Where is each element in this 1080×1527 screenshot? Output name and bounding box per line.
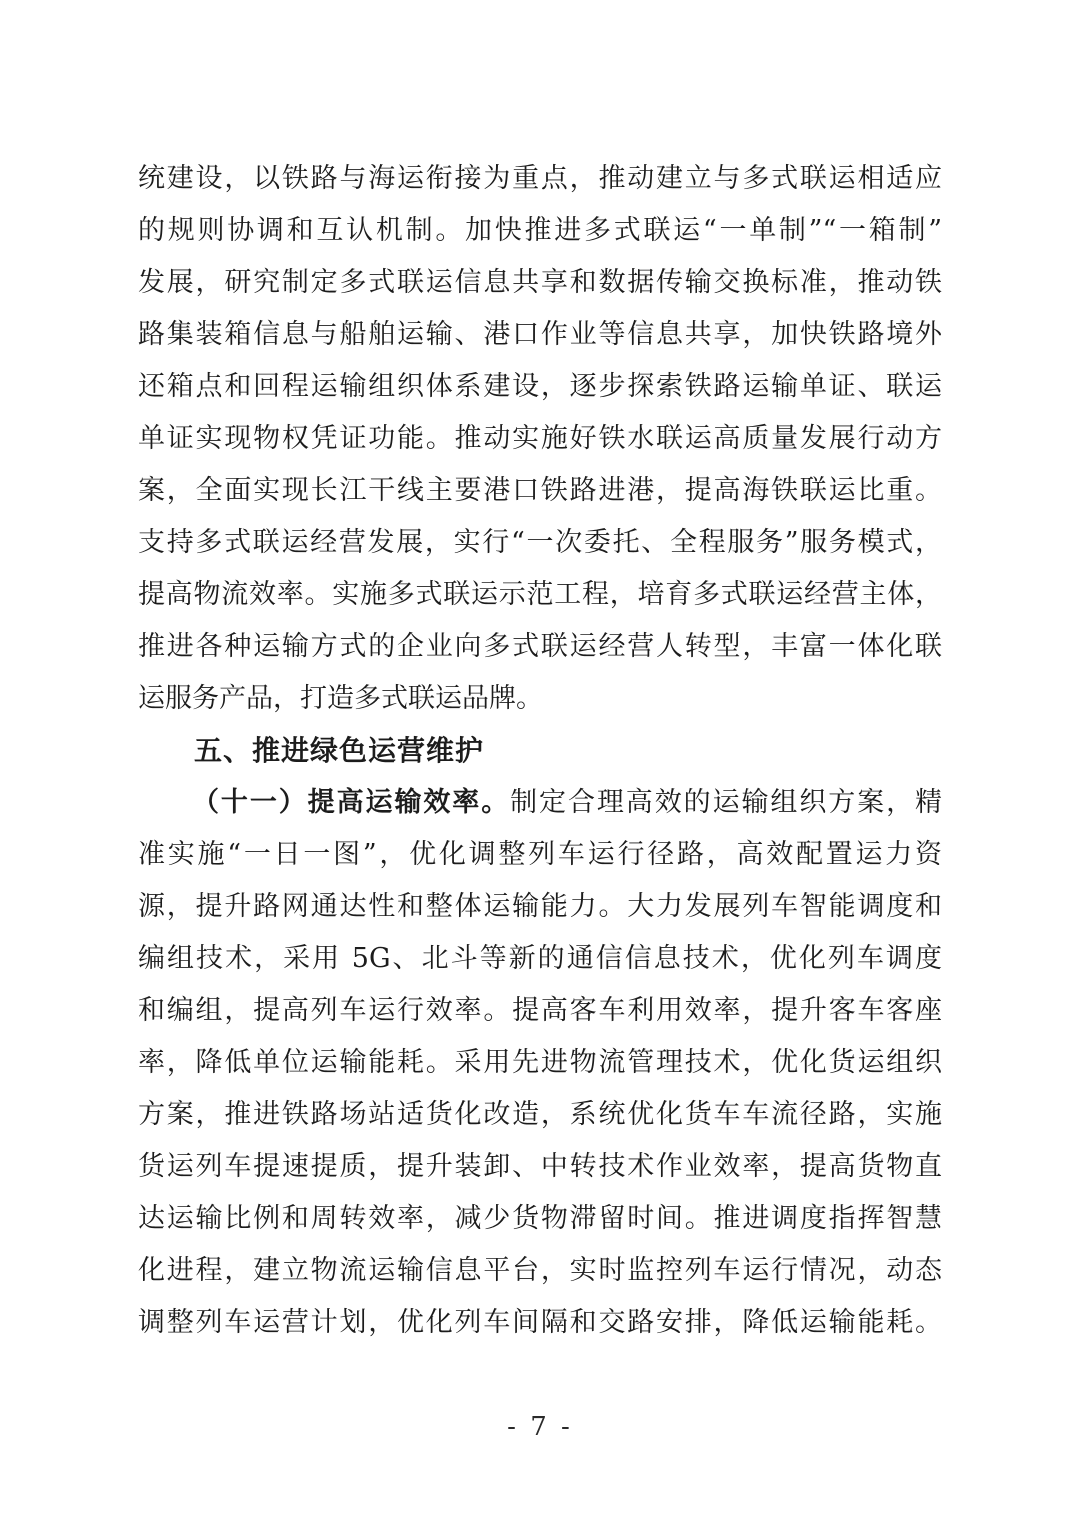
text-line: 达运输比例和周转效率，减少货物滞留时间。推进调度指挥智慧 bbox=[138, 1193, 942, 1245]
text-line: 化进程，建立物流运输信息平台，实时监控列车运行情况，动态 bbox=[138, 1245, 942, 1297]
text-line: 统建设，以铁路与海运衔接为重点，推动建立与多式联运相适应 bbox=[138, 153, 942, 205]
text-line: 和编组，提高列车运行效率。提高客车利用效率，提升客车客座 bbox=[138, 985, 942, 1037]
text-line: （十一）提高运输效率。制定合理高效的运输组织方案，精 bbox=[138, 777, 942, 829]
section-heading: 五、推进绿色运营维护 bbox=[138, 725, 942, 777]
paragraph-multimodal-transport: 统建设，以铁路与海运衔接为重点，推动建立与多式联运相适应 的规则协调和互认机制。… bbox=[138, 153, 942, 725]
text-line: 支持多式联运经营发展，实行“一次委托、全程服务”服务模式， bbox=[138, 517, 942, 569]
text-line: 发展，研究制定多式联运信息共享和数据传输交换标准，推动铁 bbox=[138, 257, 942, 309]
text-line: 货运列车提速提质，提升装卸、中转技术作业效率，提高货物直 bbox=[138, 1141, 942, 1193]
subitem-lead: （十一）提高运输效率。 bbox=[192, 787, 510, 818]
subitem-lead-rest: 制定合理高效的运输组织方案，精 bbox=[510, 787, 942, 818]
text-line: 运服务产品，打造多式联运品牌。 bbox=[138, 673, 942, 725]
text-line: 准实施“一日一图”，优化调整列车运行径路，高效配置运力资 bbox=[138, 829, 942, 881]
document-body: 统建设，以铁路与海运衔接为重点，推动建立与多式联运相适应 的规则协调和互认机制。… bbox=[138, 153, 942, 1349]
page-number: - 7 - bbox=[0, 1412, 1080, 1442]
text-line: 调整列车运营计划，优化列车间隔和交路安排，降低运输能耗。 bbox=[138, 1297, 942, 1349]
text-line: 路集装箱信息与船舶运输、港口作业等信息共享，加快铁路境外 bbox=[138, 309, 942, 361]
text-line: 单证实现物权凭证功能。推动实施好铁水联运高质量发展行动方 bbox=[138, 413, 942, 465]
text-line: 推进各种运输方式的企业向多式联运经营人转型，丰富一体化联 bbox=[138, 621, 942, 673]
text-line: 的规则协调和互认机制。加快推进多式联运“一单制”“一箱制” bbox=[138, 205, 942, 257]
text-line: 编组技术，采用 5G、北斗等新的通信信息技术，优化列车调度 bbox=[138, 933, 942, 985]
text-line: 率，降低单位运输能耗。采用先进物流管理技术，优化货运组织 bbox=[138, 1037, 942, 1089]
paragraph-transport-efficiency: （十一）提高运输效率。制定合理高效的运输组织方案，精 准实施“一日一图”，优化调… bbox=[138, 777, 942, 1349]
text-line: 提高物流效率。实施多式联运示范工程，培育多式联运经营主体， bbox=[138, 569, 942, 621]
text-line: 源，提升路网通达性和整体运输能力。大力发展列车智能调度和 bbox=[138, 881, 942, 933]
document-page: 统建设，以铁路与海运衔接为重点，推动建立与多式联运相适应 的规则协调和互认机制。… bbox=[0, 0, 1080, 1527]
text-line: 案，全面实现长江干线主要港口铁路进港，提高海铁联运比重。 bbox=[138, 465, 942, 517]
text-line: 还箱点和回程运输组织体系建设，逐步探索铁路运输单证、联运 bbox=[138, 361, 942, 413]
text-line: 方案，推进铁路场站适货化改造，系统优化货车车流径路，实施 bbox=[138, 1089, 942, 1141]
